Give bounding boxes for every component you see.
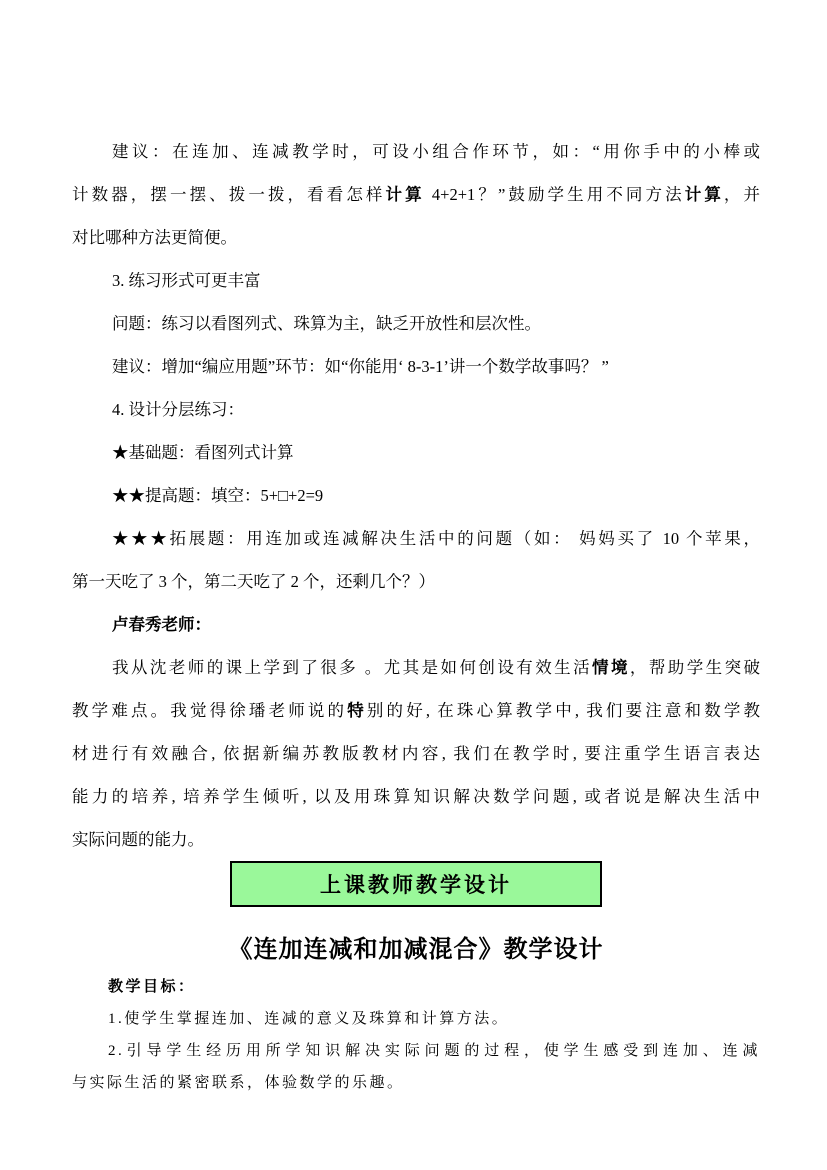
text-run: 4+2+1？”鼓励学生用不同方法 — [425, 185, 685, 204]
bold-text-run: 教学目标： — [108, 979, 196, 995]
teaching-objectives-section: 教学目标：1.使学生掌握连加、连减的意义及珠算和计算方法。2.引导学生经历用所学… — [72, 971, 760, 1099]
text-line: 对比哪种方法更简便。 — [72, 216, 760, 259]
text-run: ，帮助学生突破 — [630, 658, 760, 677]
text-line: 能力的培养, 培养学生倾听, 以及用珠算知识解决数学问题, 或者说是解决生活中 — [72, 775, 760, 818]
text-run: 我从沈老师的课上学到了很多 。尤其是如何创设有效生活 — [112, 658, 592, 677]
text-run: 4. 设计分层练习： — [112, 400, 244, 419]
text-run: 问题：练习以看图列式、珠算为主，缺乏开放性和层次性。 — [112, 314, 541, 333]
text-run: 计数器，摆一摆、拨一拨，看看怎样 — [72, 185, 386, 204]
text-line: 1.使学生掌握连加、连减的意义及珠算和计算方法。 — [72, 1003, 760, 1035]
section-banner: 上课教师教学设计 — [230, 861, 602, 907]
text-run: 建议：在连加、连减教学时，可设小组合作环节，如：“用你手中的小棒或 — [112, 142, 760, 161]
text-run: ★★★拓展题：用连加或连减解决生活中的问题（如： 妈妈买了 10 个苹果， — [112, 529, 760, 548]
lesson-title: 《连加连减和加减混合》教学设计 — [72, 934, 760, 966]
text-run: 与实际生活的紧密联系，体验数学的乐趣。 — [72, 1075, 405, 1091]
text-line: 教学目标： — [72, 971, 760, 1003]
text-line: 实际问题的能力。 — [72, 818, 760, 861]
document-page: 建议：在连加、连减教学时，可设小组合作环节，如：“用你手中的小棒或计数器，摆一摆… — [0, 0, 827, 1170]
text-run: 2.引导学生经历用所学知识解决实际问题的过程，使学生感受到连加、连减 — [108, 1043, 760, 1059]
text-line: 4. 设计分层练习： — [72, 388, 760, 431]
text-line: 材进行有效融合, 依据新编苏教版教材内容, 我们在教学时, 要注重学生语言表达 — [72, 732, 760, 775]
bold-text-run: 计算 — [685, 185, 724, 204]
text-line: 我从沈老师的课上学到了很多 。尤其是如何创设有效生活情境，帮助学生突破 — [72, 646, 760, 689]
section-banner-label: 上课教师教学设计 — [320, 869, 512, 899]
text-line: 卢春秀老师： — [72, 603, 760, 646]
text-line: 第一天吃了 3 个，第二天吃了 2 个，还剩几个？） — [72, 560, 760, 603]
text-run: 教学难点。我觉得徐璠老师说的 — [72, 701, 347, 720]
text-run: ，并 — [724, 185, 760, 204]
text-run: 第一天吃了 3 个，第二天吃了 2 个，还剩几个？） — [72, 572, 435, 591]
text-run: 建议：增加“编应用题”环节：如“你能用‘ 8-3-1’讲一个数学故事吗？ ” — [112, 357, 609, 376]
text-line: 3. 练习形式可更丰富 — [72, 259, 760, 302]
text-run: 材进行有效融合, 依据新编苏教版教材内容, 我们在教学时, 要注重学生语言表达 — [72, 744, 760, 763]
text-line: 建议：在连加、连减教学时，可设小组合作环节，如：“用你手中的小棒或 — [72, 130, 760, 173]
bold-text-run: 情境 — [592, 658, 630, 677]
text-column: 建议：在连加、连减教学时，可设小组合作环节，如：“用你手中的小棒或计数器，摆一摆… — [72, 130, 760, 1099]
text-run: 1.使学生掌握连加、连减的意义及珠算和计算方法。 — [108, 1011, 509, 1027]
text-line: 与实际生活的紧密联系，体验数学的乐趣。 — [72, 1067, 760, 1099]
review-comments-section: 建议：在连加、连减教学时，可设小组合作环节，如：“用你手中的小棒或计数器，摆一摆… — [72, 130, 760, 861]
text-run: 别的好, 在珠心算教学中, 我们要注意和数学教 — [367, 701, 760, 720]
text-line: ★基础题：看图列式计算 — [72, 431, 760, 474]
text-line: 问题：练习以看图列式、珠算为主，缺乏开放性和层次性。 — [72, 302, 760, 345]
text-line: 2.引导学生经历用所学知识解决实际问题的过程，使学生感受到连加、连减 — [72, 1035, 760, 1067]
text-run: 能力的培养, 培养学生倾听, 以及用珠算知识解决数学问题, 或者说是解决生活中 — [72, 787, 760, 806]
text-line: 建议：增加“编应用题”环节：如“你能用‘ 8-3-1’讲一个数学故事吗？ ” — [72, 345, 760, 388]
text-run: ★★提高题：填空：5+□+2=9 — [112, 486, 323, 505]
text-run: ★基础题：看图列式计算 — [112, 443, 294, 462]
text-run: 对比哪种方法更简便。 — [72, 228, 237, 247]
text-line: ★★★拓展题：用连加或连减解决生活中的问题（如： 妈妈买了 10 个苹果， — [72, 517, 760, 560]
bold-text-run: 卢春秀老师： — [112, 615, 211, 634]
text-run: 3. 练习形式可更丰富 — [112, 271, 261, 290]
text-run: 实际问题的能力。 — [72, 830, 204, 849]
bold-text-run: 计算 — [386, 185, 425, 204]
text-line: 计数器，摆一摆、拨一拨，看看怎样计算 4+2+1？”鼓励学生用不同方法计算，并 — [72, 173, 760, 216]
bold-text-run: 特 — [347, 701, 367, 720]
text-line: ★★提高题：填空：5+□+2=9 — [72, 474, 760, 517]
text-line: 教学难点。我觉得徐璠老师说的特别的好, 在珠心算教学中, 我们要注意和数学教 — [72, 689, 760, 732]
